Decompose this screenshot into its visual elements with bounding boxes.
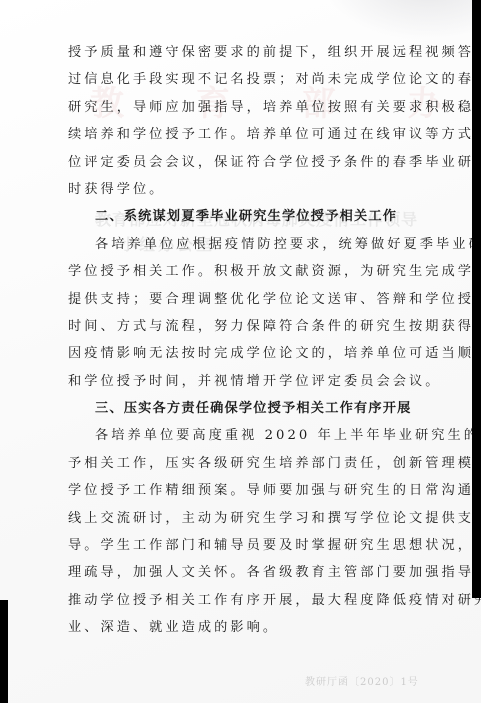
text-line: 推动学位授予相关工作有序开展，最大程度降低疫情对研究生毕	[68, 587, 415, 614]
text-line: 研究生，导师应加强指导，培养单位按照有关要求积极稳妥开展后	[68, 94, 415, 121]
scan-border-right	[472, 0, 481, 598]
text-line: 业、深造、就业造成的影响。	[68, 614, 415, 641]
text-line: 和学位授予时间，并视情增开学位评定委员会会议。	[68, 368, 415, 395]
text-line: 线上交流研讨，主动为研究生学习和撰写学位论文提供支持和指	[68, 505, 415, 532]
text-line: 续培养和学位授予工作。培养单位可通过在线审议等方式召开学	[68, 121, 415, 148]
text-line: 各培养单位要高度重视 2020 年上半年毕业研究生的学位授	[68, 422, 415, 449]
text-line: 学位授予相关工作。积极开放文献资源，为研究生完成学位论文	[68, 258, 415, 285]
text-line: 因疫情影响无法按时完成学位论文的，培养单位可适当顺延培养	[68, 340, 415, 367]
text-line: 学位授予工作精细预案。导师要加强与研究生的日常沟通，通过	[68, 477, 415, 504]
text-line: 授予质量和遵守保密要求的前提下，组织开展远程视频答辩，并通	[68, 39, 415, 66]
text-line: 予相关工作，压实各级研究生培养部门责任，创新管理模式，做好	[68, 450, 415, 477]
document-body: 授予质量和遵守保密要求的前提下，组织开展远程视频答辩，并通 过信息化手段实现不记…	[68, 39, 415, 642]
text-line: 位评定委员会会议，保证符合学位授予条件的春季毕业研究生及	[68, 149, 415, 176]
section-heading-3: 三、压实各方责任确保学位授予相关工作有序开展	[68, 395, 415, 422]
scan-shadow	[323, 0, 473, 40]
text-line: 导。学生工作部门和辅导员要及时掌握研究生思想状况，做好心	[68, 532, 415, 559]
section-heading-2: 二、系统谋划夏季毕业研究生学位授予相关工作	[68, 203, 415, 230]
text-line: 过信息化手段实现不记名投票；对尚未完成学位论文的春季毕业	[68, 66, 415, 93]
text-line: 理疏导，加强人文关怀。各省级教育主管部门要加强指导和监督，	[68, 559, 415, 586]
text-line: 提供支持；要合理调整优化学位论文送审、答辩和学位授予工作的	[68, 286, 415, 313]
scan-border-left	[0, 600, 8, 703]
scanned-document-page: 教 育 部 办 公 厅 教育部应对新型冠状病毒肺炎疫情工作领导 小组办公室 授予…	[0, 0, 481, 703]
text-line: 时间、方式与流程，努力保障符合条件的研究生按期获得学位；对	[68, 313, 415, 340]
text-line: 各培养单位应根据疫情防控要求，统筹做好夏季毕业研究生	[68, 231, 415, 258]
bleed-through-doc-number: 教研厅函〔2020〕1号	[305, 673, 419, 688]
text-line: 时获得学位。	[68, 176, 415, 203]
